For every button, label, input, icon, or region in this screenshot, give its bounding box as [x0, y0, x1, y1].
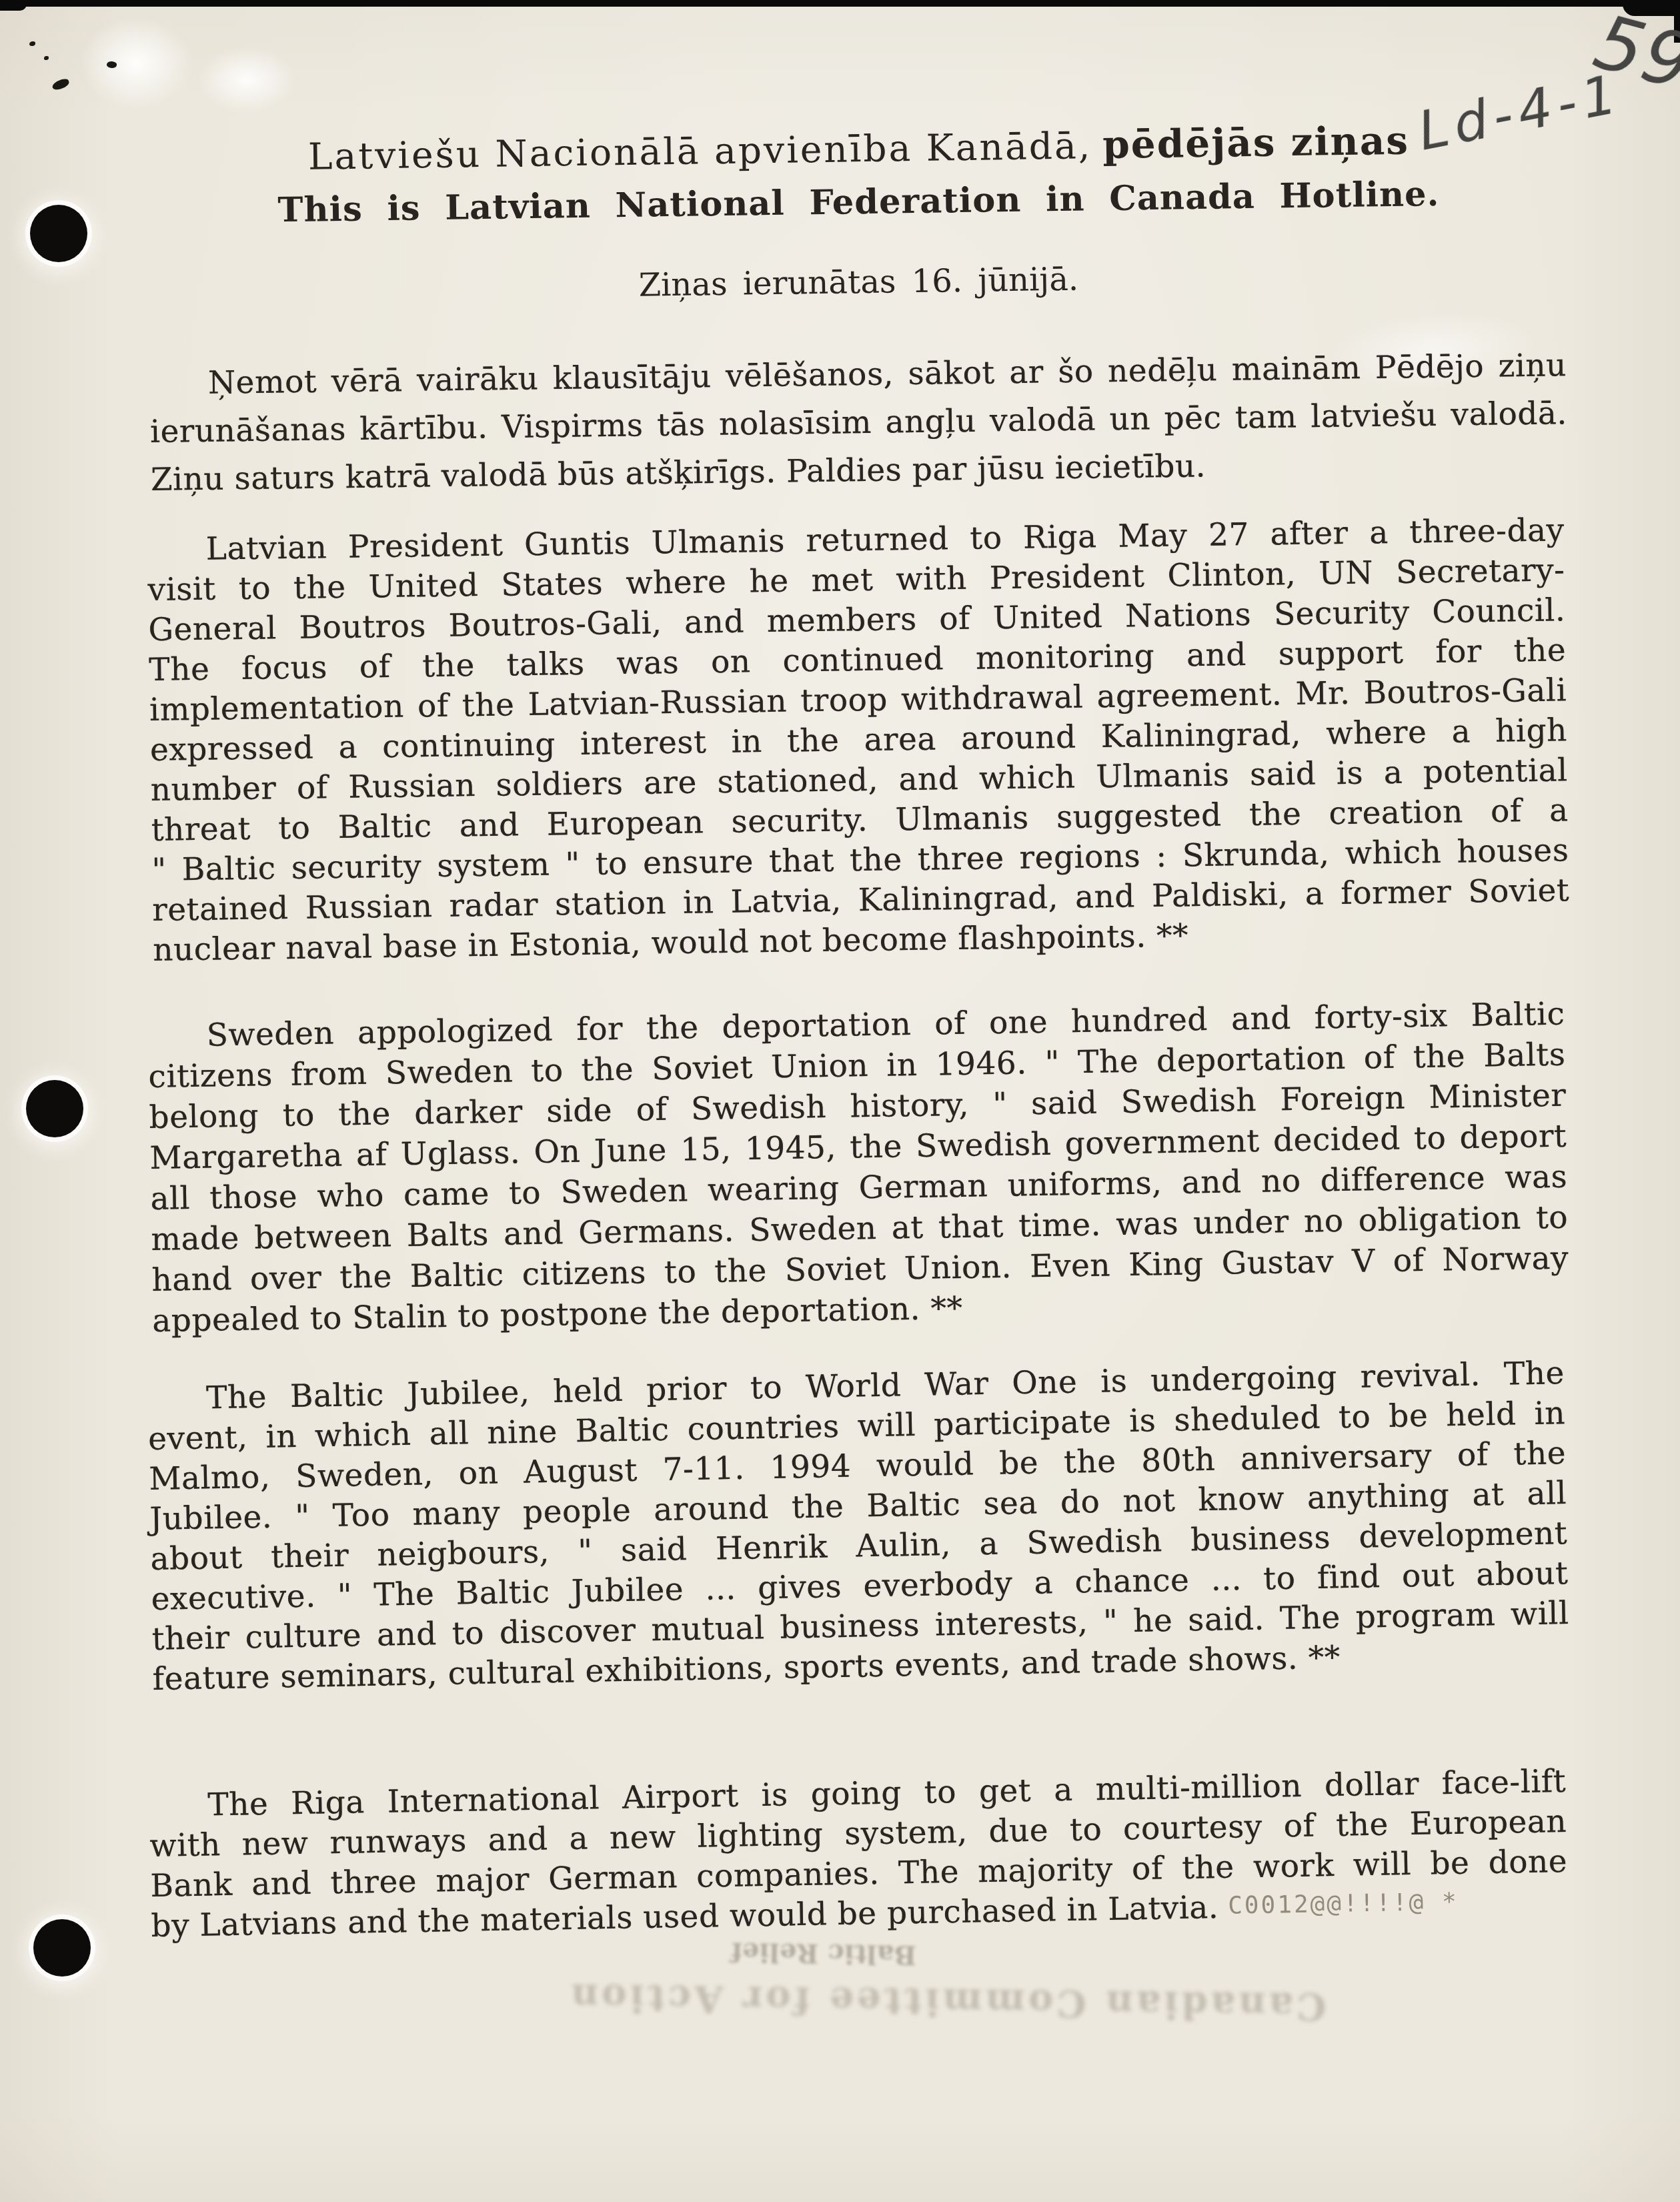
document-title-english: This is Latvian National Federation in C…: [150, 172, 1568, 232]
scanned-document-page: 59 Ld-4-1 Latviešu Nacionālā apvienība K…: [0, 0, 1680, 2202]
ink-speck: [106, 61, 117, 69]
title-latvian-regular: Latviešu Nacionālā apvienība Kanādā,: [307, 124, 1092, 177]
dateline: Ziņas ierunātas 16. jūnijā.: [150, 253, 1568, 311]
ink-speck: [29, 41, 35, 46]
bleed-through-text: Baltic Relief: [667, 1935, 981, 1972]
paper-stain: [197, 47, 297, 113]
punch-hole: [30, 205, 87, 262]
paragraph-baltic-jubilee: The Baltic Jubilee, held prior to World …: [147, 1353, 1570, 1700]
punch-hole: [33, 1919, 91, 1977]
paragraph-sweden-apology: Sweden appologized for the deportation o…: [147, 994, 1569, 1341]
document-title-latvian: Latviešu Nacionālā apvienība Kanādā,pēdē…: [150, 115, 1568, 181]
punch-hole: [26, 1080, 83, 1137]
scan-edge-corner-left: [0, 0, 27, 11]
paragraph-riga-airport-lines: The Riga International Airport is going …: [149, 1762, 1568, 1906]
title-latvian-bold: pēdējās ziņas: [1102, 118, 1410, 167]
ink-speck: [51, 77, 71, 91]
paragraph-intro-latvian: Ņemot vērā vairāku klausītāju vēlēšanos,…: [149, 342, 1569, 504]
paragraph-riga-airport: The Riga International Airport is going …: [149, 1762, 1569, 1949]
bleed-through-text: Canadian Committee for Action: [440, 1974, 1455, 2031]
paper-stain: [80, 17, 193, 110]
paragraph-ulmanis-visit: Latvian President Guntis Ulmanis returne…: [147, 510, 1570, 971]
scan-edge-top: [0, 0, 1680, 7]
dot-matrix-code: C0012@@!!!!@ *: [1228, 1888, 1459, 1920]
ink-speck: [44, 56, 49, 60]
